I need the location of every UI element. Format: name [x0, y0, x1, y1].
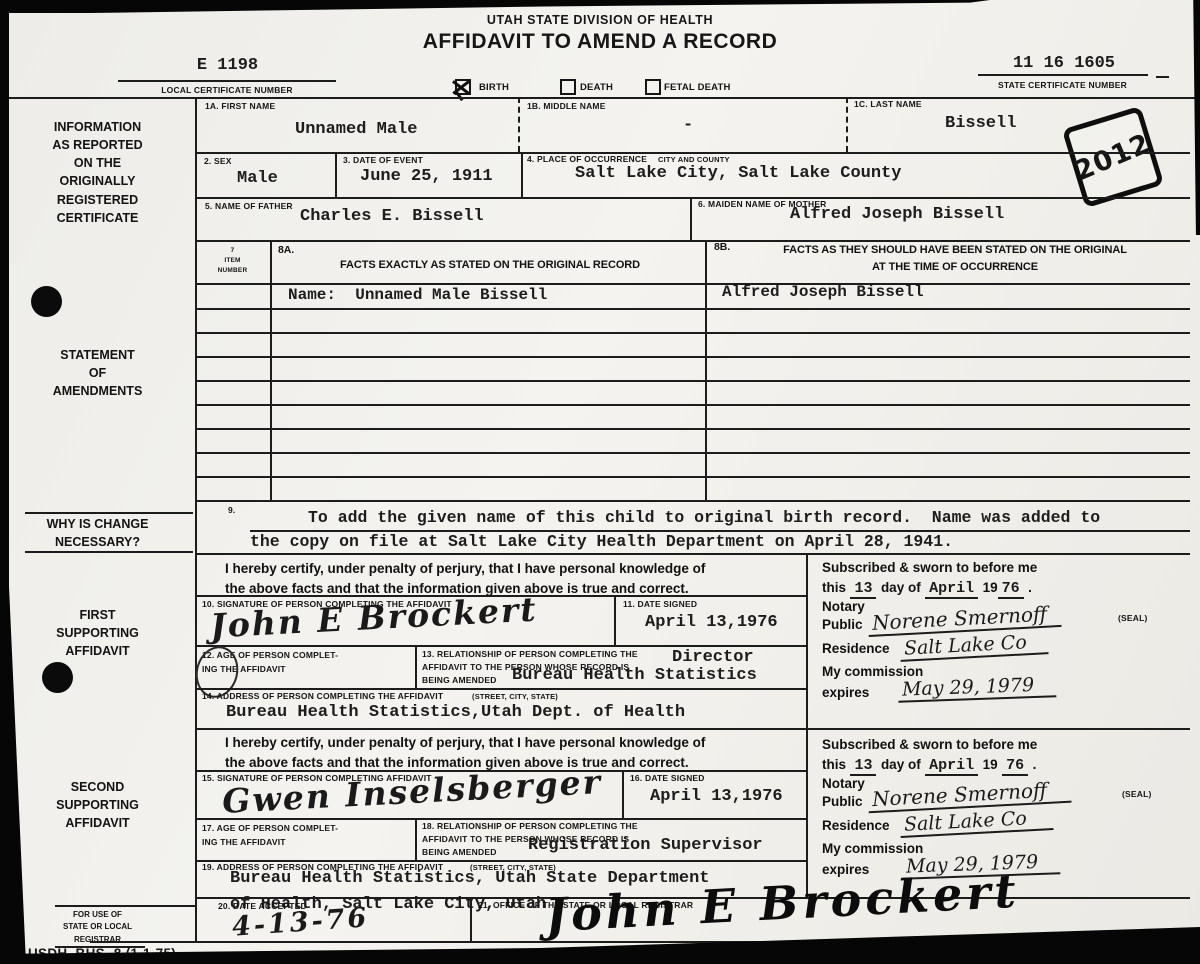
death-checkbox [560, 79, 576, 95]
notary1-period: . [1028, 580, 1032, 595]
row-line [195, 428, 1190, 430]
field-13-value-line2: Bureau Health Statistics [512, 666, 757, 685]
notary1-this: this [822, 580, 846, 595]
notary2-month: April [925, 757, 978, 776]
state-cert-underline [978, 74, 1148, 76]
local-certificate-number: E 1198 [120, 56, 335, 75]
scan-edge-top-corner [0, 0, 80, 13]
cell-divider [614, 595, 616, 645]
field-6-value: Alfred Joseph Bissell [790, 205, 1004, 224]
birth-label: BIRTH [479, 82, 509, 93]
state-cert-underline-dash [1156, 76, 1169, 78]
field-4-sublabel: CITY AND COUNTY [658, 155, 730, 164]
state-cert-label: STATE CERTIFICATE NUMBER [975, 80, 1150, 90]
sidebar-affidavit1: FIRST SUPPORTING AFFIDAVIT [0, 606, 195, 660]
punch-hole-top [31, 286, 62, 317]
col-8b-label: FACTS AS THEY SHOULD HAVE BEEN STATED ON… [740, 242, 1170, 275]
sidebar-divider [195, 97, 197, 943]
stamp-year-text: 2012 [1071, 127, 1156, 186]
fetal-death-label: FETAL DEATH [664, 82, 731, 93]
form-top-border [0, 97, 1200, 99]
notary1-month: April [925, 580, 978, 599]
local-cert-label: LOCAL CERTIFICATE NUMBER [118, 85, 336, 95]
row-line [195, 476, 1190, 478]
cell-divider [415, 818, 417, 860]
field-4-value: Salt Lake City, Salt Lake County [575, 164, 901, 183]
field-1a-value: Unnamed Male [295, 120, 417, 139]
row-line [195, 332, 1190, 334]
notary1-sworn: Subscribed & sworn to before me [822, 560, 1037, 575]
item-col-divider [270, 240, 272, 500]
notary2-public-word: Public [822, 794, 863, 809]
amendment-row-original: Name: Unnamed Male Bissell [288, 286, 547, 304]
field-1c-label: 1C. LAST NAME [854, 99, 922, 109]
col-divider [690, 197, 692, 240]
cell-line [195, 645, 806, 647]
row-line [195, 404, 1190, 406]
field-1a-label: 1A. FIRST NAME [205, 101, 275, 111]
notary1-date-line: this 13 day of April 1976 . [822, 579, 1032, 597]
notary1-century: 19 [983, 580, 998, 595]
field-3-label: 3. DATE OF EVENT [343, 155, 423, 165]
notary2-date-line: this 13 day of April 19 76 . [822, 756, 1036, 774]
notary1-year: 76 [998, 580, 1024, 599]
notary2-notary-word: Notary [822, 776, 865, 791]
notary2-century: 19 [983, 757, 998, 772]
field-11-label: 11. DATE SIGNED [623, 599, 697, 609]
notary1-expires-value: May 29, 1979 [898, 673, 1057, 702]
notary2-dayof: day of [881, 757, 921, 772]
notary1-public-word: Public [822, 617, 863, 632]
notary2-day: 13 [850, 757, 876, 776]
field-14-label: 14. ADDRESS OF PERSON COMPLETING THE AFF… [202, 691, 443, 701]
sidebar-rule [25, 512, 193, 514]
row-line [195, 152, 1190, 154]
notary1-commission-words: My commission [822, 664, 923, 679]
name-col-divider [846, 97, 848, 152]
notary2-residence-value: Salt Lake Co [899, 806, 1053, 838]
col-divider [521, 152, 523, 197]
scan-edge-top [0, 0, 990, 13]
field-9-line1: To add the given name of this child to o… [308, 508, 1100, 527]
fetal-death-checkbox [645, 79, 661, 95]
sidebar-original-info: INFORMATION AS REPORTED ON THE ORIGINALL… [0, 118, 195, 227]
field-17-label: 17. AGE OF PERSON COMPLET- ING THE AFFID… [202, 822, 338, 849]
row-line [195, 308, 1190, 310]
notary1-dayof: day of [881, 580, 921, 595]
punch-hole-bottom [42, 662, 73, 693]
col-8a-num: 8A. [278, 244, 294, 256]
notary2-year: 76 [1002, 757, 1028, 776]
cell-divider [622, 770, 624, 818]
facts-col-divider [705, 240, 707, 500]
notary1-residence-word: Residence [822, 641, 890, 656]
item-number-col-label: 7 ITEM NUMBER [197, 246, 268, 275]
notary1-seal-label: (SEAL) [1118, 613, 1148, 623]
field-9-num: 9. [228, 505, 236, 515]
field-5-label: 5. NAME OF FATHER [205, 201, 293, 211]
section-line [195, 553, 1190, 555]
field-14-value: Bureau Health Statistics,Utah Dept. of H… [226, 703, 685, 722]
section-line [195, 728, 1190, 730]
cell-divider [470, 897, 472, 941]
notary2-residence-word: Residence [822, 818, 890, 833]
row-line [195, 380, 1190, 382]
field-16-label: 16. DATE SIGNED [630, 773, 705, 783]
death-label: DEATH [580, 82, 613, 93]
row-line [195, 283, 1190, 285]
col-divider [335, 152, 337, 197]
notary1-notary-word: Notary [822, 599, 865, 614]
cell-line [195, 688, 806, 690]
field-1b-value: - [683, 116, 693, 135]
agency-name: UTAH STATE DIVISION OF HEALTH [400, 13, 800, 27]
notary2-commission-words: My commission [822, 841, 923, 856]
field-2-label: 2. SEX [204, 156, 232, 166]
col-8b-num: 8B. [714, 241, 730, 253]
field-9-line2: the copy on file at Salt Lake City Healt… [250, 532, 953, 551]
scan-edge-right [1191, 0, 1200, 235]
form-title: AFFIDAVIT TO AMEND A RECORD [300, 30, 900, 54]
year-2012-stamp: 2012 [1062, 106, 1164, 208]
sidebar-rule [55, 905, 195, 907]
sidebar-rule [25, 551, 193, 553]
row-line [195, 452, 1190, 454]
sidebar-reason: WHY IS CHANGE NECESSARY? [0, 515, 195, 551]
field-13-value-line1: Director [672, 648, 754, 667]
col-8a-label: FACTS EXACTLY AS STATED ON THE ORIGINAL … [280, 259, 700, 271]
local-cert-underline [118, 80, 336, 82]
notary1-residence-value: Salt Lake Co [899, 630, 1048, 662]
row-line [195, 500, 1190, 502]
field-18-value: Registration Supervisor [528, 836, 763, 855]
name-col-divider [518, 97, 520, 152]
notary2-period: . [1033, 757, 1037, 772]
notary1-day: 13 [850, 580, 876, 599]
field-11-value: April 13,1976 [645, 613, 778, 632]
notary-divider [806, 553, 808, 897]
cell-divider [415, 645, 417, 688]
field-2-value: Male [237, 169, 278, 188]
field-1b-label: 1B. MIDDLE NAME [527, 101, 606, 111]
field-4-label: 4. PLACE OF OCCURRENCE [527, 154, 647, 164]
state-certificate-number: 11 16 1605 [980, 54, 1148, 73]
row-line [195, 197, 1190, 199]
notary2-seal-label: (SEAL) [1122, 789, 1152, 799]
row-line [195, 356, 1190, 358]
field-16-value: April 13,1976 [650, 787, 783, 806]
field-14-sublabel: (STREET, CITY, STATE) [472, 692, 558, 701]
field-5-value: Charles E. Bissell [300, 207, 484, 226]
notary2-sworn: Subscribed & sworn to before me [822, 737, 1037, 752]
affidavit-form-scan: UTAH STATE DIVISION OF HEALTH AFFIDAVIT … [0, 0, 1200, 964]
notary2-this: this [822, 757, 846, 772]
notary1-expires-word: expires [822, 685, 869, 700]
field-3-value: June 25, 1911 [360, 167, 493, 186]
sidebar-affidavit2: SECOND SUPPORTING AFFIDAVIT [0, 778, 195, 832]
amendment-row-corrected: Alfred Joseph Bissell [722, 283, 924, 301]
field-1c-value: Bissell [945, 114, 1016, 133]
sidebar-amendments: STATEMENT OF AMENDMENTS [0, 346, 195, 400]
